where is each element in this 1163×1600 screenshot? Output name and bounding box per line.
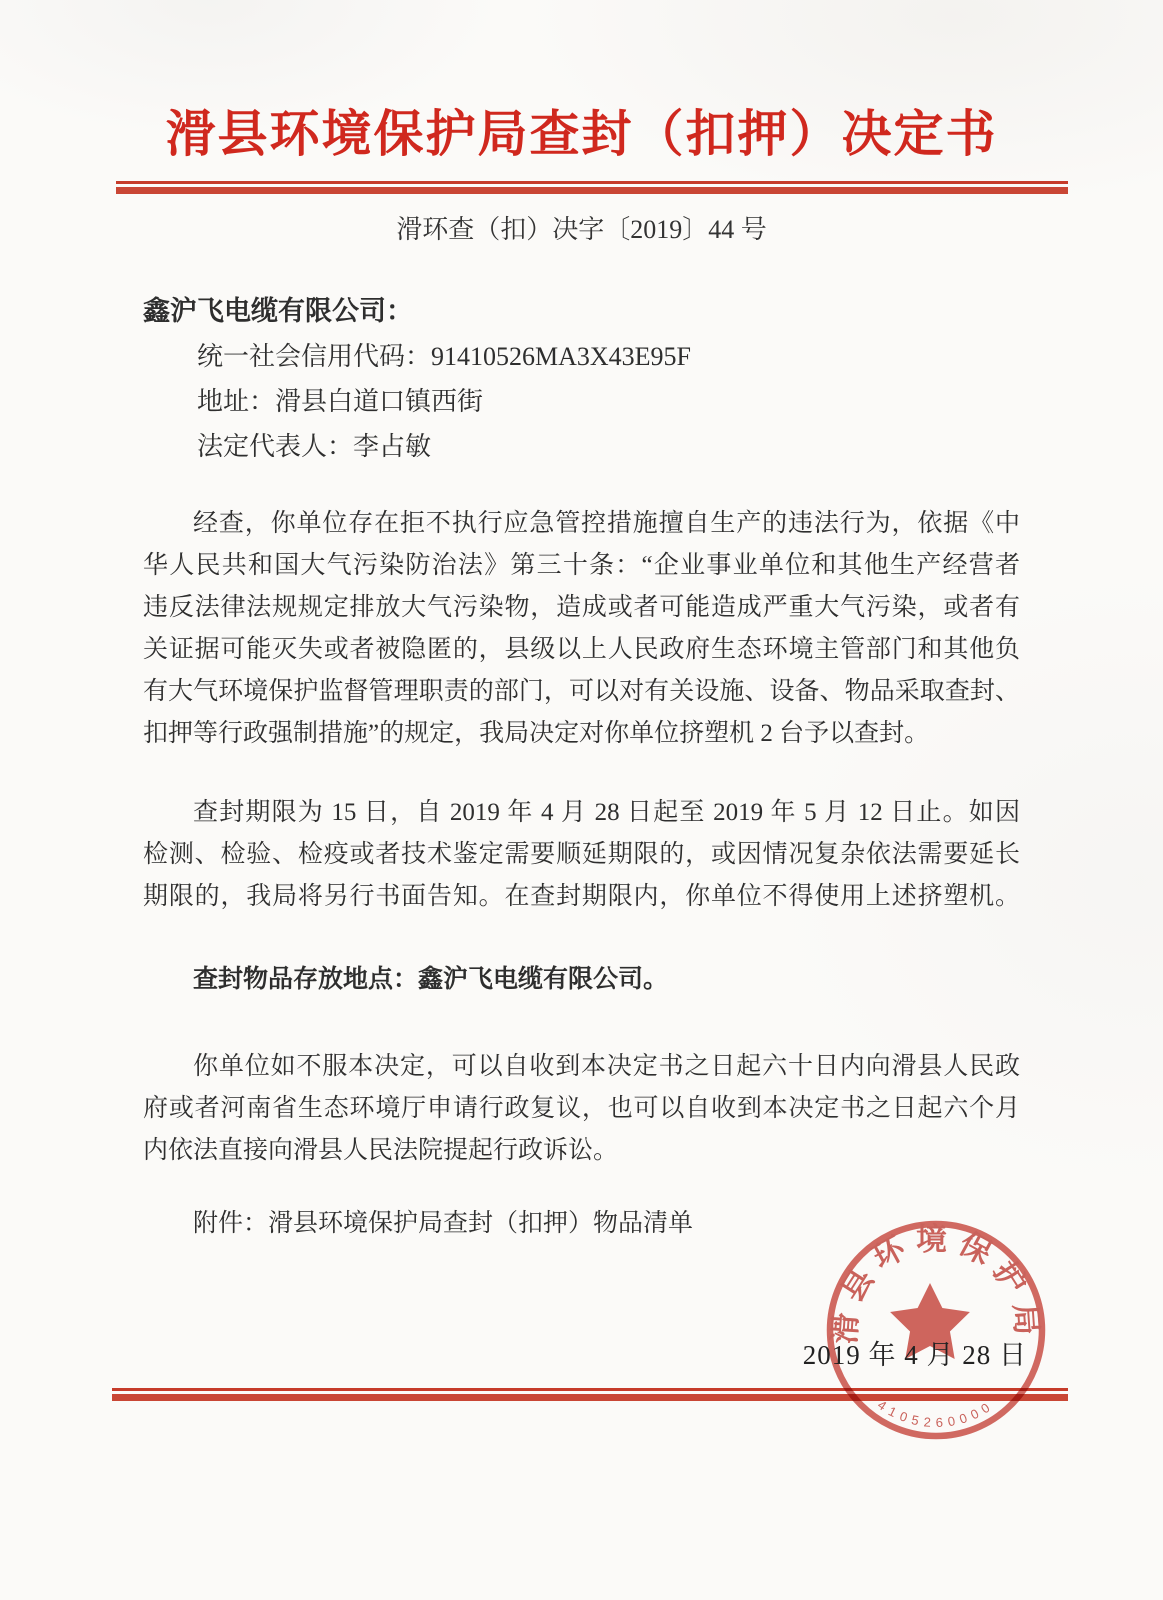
legal-representative-line: 法定代表人：李占敏	[143, 424, 1023, 469]
issue-date: 2019 年 4 月 28 日	[803, 1336, 1027, 1374]
header-divider-thick-line	[116, 187, 1068, 194]
recipient-company: 鑫沪飞电缆有限公司：	[143, 289, 1023, 334]
body-line: 经查，你单位存在拒不执行应急管控措施擅自生产的违法行为，依据《中	[143, 503, 1020, 545]
body-line: 华人民共和国大气污染防治法》第三十条：“企业事业单位和其他生产经营者	[143, 545, 1020, 587]
document-page: 滑县环境保护局查封（扣押）决定书 滑环查（扣）决字〔2019〕44 号 鑫沪飞电…	[0, 0, 1163, 1600]
document-number: 滑环查（扣）决字〔2019〕44 号	[0, 214, 1163, 246]
address-line: 地址：滑县白道口镇西街	[143, 379, 1023, 424]
paragraph-storage-location: 查封物品存放地点：鑫沪飞电缆有限公司。	[143, 958, 1020, 1000]
body-line: 查封物品存放地点：鑫沪飞电缆有限公司。	[143, 958, 1020, 1000]
body-line: 府或者河南省生态环境厅申请行政复议，也可以自收到本决定书之日起六个月	[143, 1088, 1020, 1130]
body-line: 有大气环境保护监督管理职责的部门，可以对有关设施、设备、物品采取查封、	[143, 671, 1020, 713]
header-divider	[116, 181, 1068, 194]
body-line: 内依法直接向滑县人民法院提起行政诉讼。	[143, 1130, 1020, 1172]
document-title: 滑县环境保护局查封（扣押）决定书	[0, 104, 1163, 164]
recipient-block: 鑫沪飞电缆有限公司： 统一社会信用代码：91410526MA3X43E95F 地…	[143, 289, 1023, 469]
body-line: 扣押等行政强制措施”的规定，我局决定对你单位挤塑机 2 台予以查封。	[143, 713, 1020, 755]
body-line: 查封期限为 15 日，自 2019 年 4 月 28 日起至 2019 年 5 …	[143, 792, 1020, 834]
body-line: 你单位如不服本决定，可以自收到本决定书之日起六十日内向滑县人民政	[143, 1046, 1020, 1088]
paragraph-seal-period: 查封期限为 15 日，自 2019 年 4 月 28 日起至 2019 年 5 …	[143, 792, 1020, 918]
body-line: 检测、检验、检疫或者技术鉴定需要顺延期限的，或因情况复杂依法需要延长	[143, 834, 1020, 876]
official-seal-stamp: 滑县环境保护局 4105260000	[824, 1218, 1048, 1442]
body-line: 关证据可能灭失或者被隐匿的，县级以上人民政府生态环境主管部门和其他负	[143, 629, 1020, 671]
body-line: 期限的，我局将另行书面告知。在查封期限内，你单位不得使用上述挤塑机。	[143, 876, 1020, 918]
body-line: 违反法律法规规定排放大气污染物，造成或者可能造成严重大气污染，或者有	[143, 587, 1020, 629]
paragraph-violation-findings: 经查，你单位存在拒不执行应急管控措施擅自生产的违法行为，依据《中 华人民共和国大…	[143, 503, 1020, 755]
paragraph-appeal-rights: 你单位如不服本决定，可以自收到本决定书之日起六十日内向滑县人民政 府或者河南省生…	[143, 1046, 1020, 1172]
credit-code-line: 统一社会信用代码：91410526MA3X43E95F	[143, 334, 1023, 379]
